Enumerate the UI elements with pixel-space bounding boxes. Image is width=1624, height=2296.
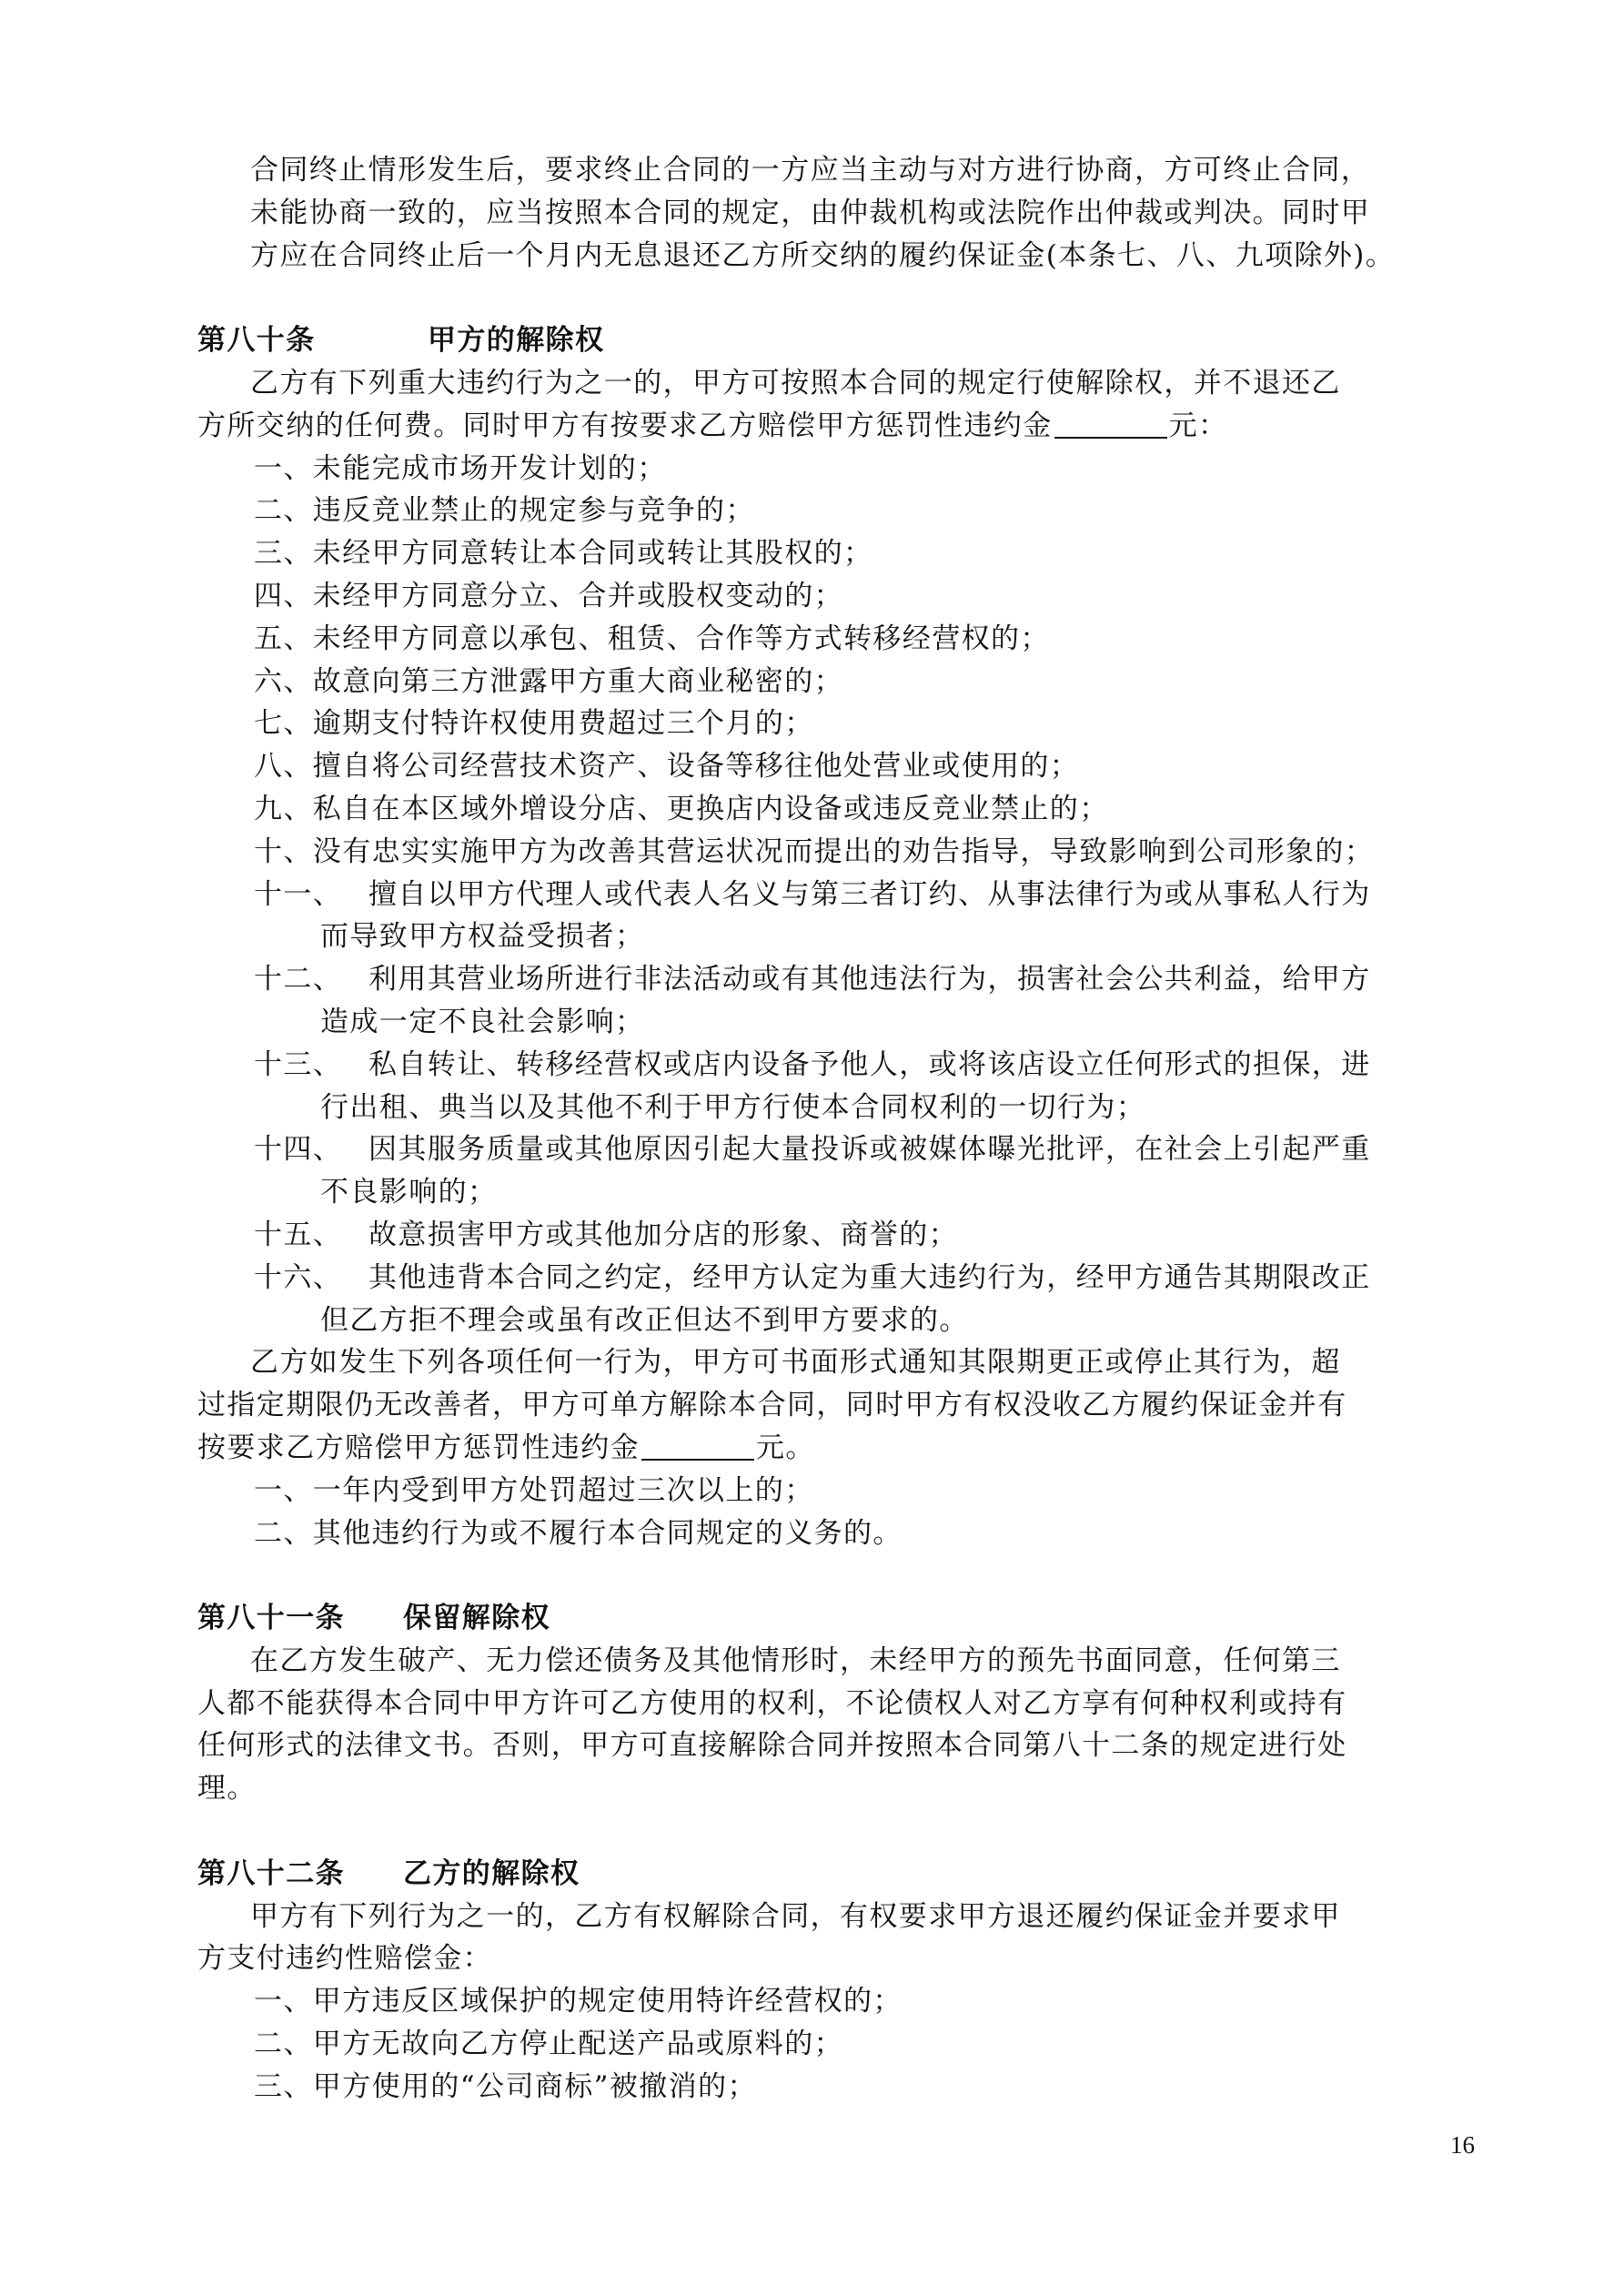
- page-number: 16: [1450, 2131, 1475, 2159]
- fill-in-blank: [641, 1431, 754, 1461]
- list-text: 其他违背本合同之约定，经甲方认定为重大违约行为，经甲方通告其期限改正: [368, 1261, 1371, 1294]
- paragraph-line: 任何形式的法律文书。否则，甲方可直接解除合同并按照本合同第八十二条的规定进行处: [197, 1725, 1471, 1767]
- list-item: 六、故意向第三方泄露甲方重大商业秘密的；: [197, 661, 1471, 703]
- paragraph-text: 元。: [756, 1431, 815, 1464]
- paragraph-text: 方所交纳的任何费。同时甲方有按要求乙方赔偿甲方惩罚性违约金: [197, 410, 1053, 442]
- list-item: 十四、因其服务质量或其他原因引起大量投诉或被媒体曝光批评，在社会上引起严重: [197, 1128, 1471, 1171]
- list-item-continuation: 但乙方拒不理会或虽有改正但达不到甲方要求的。: [197, 1300, 1471, 1342]
- list-item-continuation: 不良影响的；: [197, 1171, 1471, 1214]
- paragraph-line: 按要求乙方赔偿甲方惩罚性违约金元。: [197, 1427, 1471, 1470]
- paragraph-line: 理。: [197, 1767, 1471, 1810]
- paragraph-line: 在乙方发生破产、无力偿还债务及其他情形时，未经甲方的预先书面同意，任何第三: [197, 1640, 1471, 1683]
- list-item: 二、违反竞业禁止的规定参与竞争的；: [197, 490, 1471, 532]
- list-item: 二、其他违约行为或不履行本合同规定的义务的。: [197, 1512, 1471, 1555]
- list-item: 一、甲方违反区域保护的规定使用特许经营权的；: [197, 1980, 1471, 2023]
- spacer: [197, 1810, 1471, 1853]
- list-item: 四、未经甲方同意分立、合并或股权变动的；: [197, 575, 1471, 618]
- list-item: 一、未能完成市场开发计划的；: [197, 448, 1471, 491]
- fill-in-blank: [1054, 410, 1167, 439]
- paragraph-line: 甲方有下列行为之一的，乙方有权解除合同，有权要求甲方退还履约保证金并要求甲: [197, 1896, 1471, 1938]
- list-text: 因其服务质量或其他原因引起大量投诉或被媒体曝光批评，在社会上引起严重: [368, 1133, 1371, 1166]
- list-text: 利用其营业场所进行非法活动或有其他违法行为，损害社会公共利益，给甲方: [368, 963, 1371, 996]
- list-item: 九、私自在本区域外增设分店、更换店内设备或违反竞业禁止的；: [197, 788, 1471, 831]
- list-item: 三、甲方使用的“公司商标”被撤消的；: [197, 2066, 1471, 2109]
- document-page: 合同终止情形发生后，要求终止合同的一方应当主动与对方进行协商，方可终止合同， 未…: [0, 0, 1624, 2296]
- paragraph-text: 按要求乙方赔偿甲方惩罚性违约金: [197, 1431, 640, 1464]
- spacer: [197, 277, 1471, 319]
- intro-line: 合同终止情形发生后，要求终止合同的一方应当主动与对方进行协商，方可终止合同，: [197, 149, 1471, 192]
- list-label: 十五、: [254, 1214, 368, 1257]
- intro-line: 方应在合同终止后一个月内无息退还乙方所交纳的履约保证金(本条七、八、九项除外)。: [197, 235, 1471, 278]
- paragraph-line: 过指定期限仍无改善者，甲方可单方解除本合同，同时甲方有权没收乙方履约保证金并有: [197, 1384, 1471, 1427]
- list-item-continuation: 造成一定不良社会影响；: [197, 1001, 1471, 1044]
- article-number: 第八十一条: [197, 1597, 403, 1640]
- intro-line: 未能协商一致的，应当按照本合同的规定，由仲裁机构或法院作出仲裁或判决。同时甲: [197, 192, 1471, 235]
- page-content: 合同终止情形发生后，要求终止合同的一方应当主动与对方进行协商，方可终止合同， 未…: [197, 149, 1471, 2109]
- article-81-heading: 第八十一条保留解除权: [197, 1597, 1471, 1640]
- paragraph-line: 乙方有下列重大违约行为之一的，甲方可按照本合同的规定行使解除权，并不退还乙: [197, 362, 1471, 405]
- list-item: 十五、故意损害甲方或其他加分店的形象、商誉的；: [197, 1214, 1471, 1257]
- list-label: 十一、: [254, 874, 368, 916]
- list-text: 擅自以甲方代理人或代表人名义与第三者订约、从事法律行为或从事私人行为: [368, 878, 1371, 911]
- list-item-continuation: 行出租、典当以及其他不利于甲方行使本合同权利的一切行为；: [197, 1087, 1471, 1129]
- article-80-heading: 第八十条甲方的解除权: [197, 319, 1471, 362]
- list-label: 十四、: [254, 1128, 368, 1171]
- list-text: 私自转让、转移经营权或店内设备予他人，或将该店设立任何形式的担保，进: [368, 1048, 1371, 1081]
- list-item: 七、逾期支付特许权使用费超过三个月的；: [197, 703, 1471, 745]
- list-text: 故意损害甲方或其他加分店的形象、商誉的；: [368, 1219, 958, 1251]
- list-label: 十二、: [254, 958, 368, 1001]
- list-item: 一、一年内受到甲方处罚超过三次以上的；: [197, 1470, 1471, 1512]
- list-item: 十、没有忠实实施甲方为改善其营运状况而提出的劝告指导，导致影响到公司形象的；: [197, 831, 1471, 874]
- paragraph-text: 元：: [1169, 410, 1228, 442]
- article-title: 乙方的解除权: [403, 1857, 580, 1890]
- list-label: 十三、: [254, 1044, 368, 1087]
- list-item: 三、未经甲方同意转让本合同或转让其股权的；: [197, 532, 1471, 575]
- list-item: 十六、其他违背本合同之约定，经甲方认定为重大违约行为，经甲方通告其期限改正: [197, 1257, 1471, 1300]
- article-title: 保留解除权: [403, 1602, 550, 1634]
- list-item-continuation: 而导致甲方权益受损者；: [197, 915, 1471, 958]
- paragraph-line: 人都不能获得本合同中甲方许可乙方使用的权利，不论债权人对乙方享有何种权利或持有: [197, 1683, 1471, 1725]
- article-number: 第八十二条: [197, 1853, 403, 1896]
- article-title: 甲方的解除权: [428, 324, 604, 357]
- list-item: 十一、擅自以甲方代理人或代表人名义与第三者订约、从事法律行为或从事私人行为: [197, 874, 1471, 916]
- list-label: 十六、: [254, 1257, 368, 1300]
- list-item: 二、甲方无故向乙方停止配送产品或原料的；: [197, 2023, 1471, 2066]
- spacer: [197, 1554, 1471, 1597]
- list-item: 十三、私自转让、转移经营权或店内设备予他人，或将该店设立任何形式的担保，进: [197, 1044, 1471, 1087]
- article-82-heading: 第八十二条乙方的解除权: [197, 1853, 1471, 1896]
- list-item: 五、未经甲方同意以承包、租赁、合作等方式转移经营权的；: [197, 618, 1471, 661]
- list-item: 八、擅自将公司经营技术资产、设备等移往他处营业或使用的；: [197, 745, 1471, 788]
- list-item: 十二、利用其营业场所进行非法活动或有其他违法行为，损害社会公共利益，给甲方: [197, 958, 1471, 1001]
- paragraph-line: 乙方如发生下列各项任何一行为，甲方可书面形式通知其限期更正或停止其行为，超: [197, 1341, 1471, 1384]
- paragraph-line: 方所交纳的任何费。同时甲方有按要求乙方赔偿甲方惩罚性违约金元：: [197, 405, 1471, 448]
- article-number: 第八十条: [197, 319, 428, 362]
- paragraph-line: 方支付违约性赔偿金：: [197, 1937, 1471, 1980]
